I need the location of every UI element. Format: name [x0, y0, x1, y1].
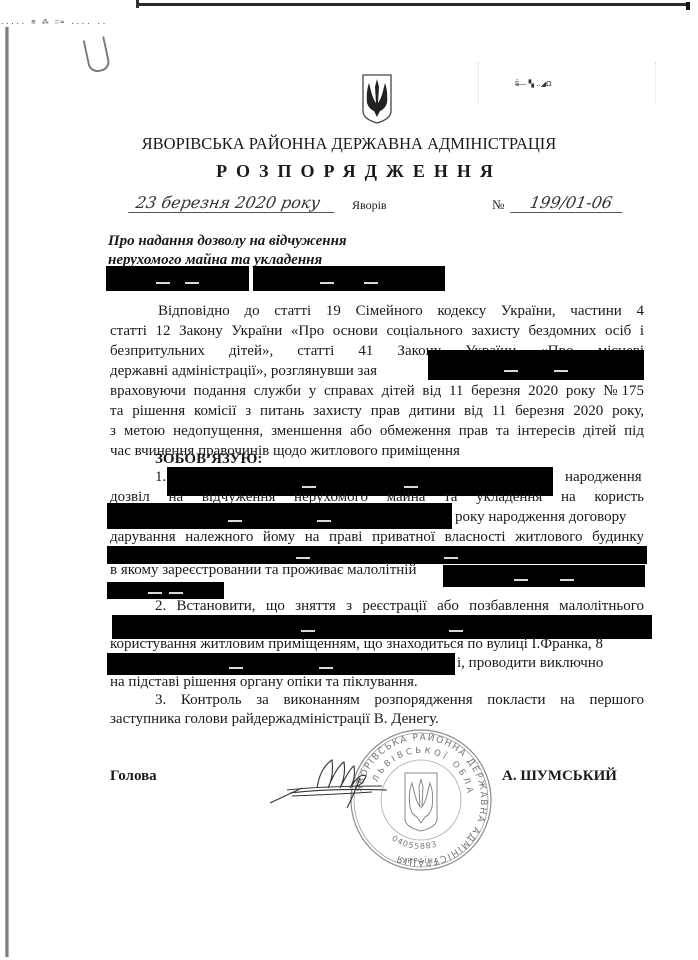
document-number: 199/01-06: [510, 193, 626, 213]
decree-heading: ЗОБОВ’ЯЗУЮ:: [155, 451, 262, 468]
item1-text: народження: [565, 469, 642, 486]
subject-line: Про надання дозволу на відчуження: [108, 232, 347, 251]
preamble-line: враховуючи подання служби у справах діте…: [110, 383, 644, 400]
organization-name: ЯВОРІВСЬКА РАЙОННА ДЕРЖАВНА АДМІНІСТРАЦІ…: [0, 134, 698, 154]
preamble-line: та рішення комісії з питань захисту прав…: [110, 403, 644, 420]
trident-emblem-icon: [361, 73, 393, 125]
svg-text:04055883: 04055883: [390, 834, 438, 851]
registration-stamp-text: Ŝ̶— ▚ ..◢Ω: [515, 80, 551, 88]
preamble-line: статті 12 Закону України «Про основи соц…: [110, 323, 644, 340]
scan-top-edge: [138, 3, 690, 6]
item1-text: в якому зареєстровании та проживає малол…: [110, 562, 416, 579]
item2-text: на підставі рішення органу опіки та пікл…: [110, 674, 418, 691]
item3-text: 3. Контроль за виконанням розпорядження …: [155, 692, 644, 709]
number-label: №: [492, 197, 504, 213]
document-subject: Про надання дозволу на відчуження нерухо…: [108, 232, 347, 270]
document-date: 23 березня 2020 року: [128, 193, 338, 213]
item1-text: року народження договору: [455, 509, 626, 526]
redaction-block: [107, 653, 455, 675]
preamble-line: Відповідно до статті 19 Сімейного кодекс…: [158, 303, 644, 320]
preamble-line: державні адміністрації», розглянувши зая: [110, 363, 377, 380]
item-number: 1.: [155, 469, 166, 486]
document-type: РОЗПОРЯДЖЕННЯ: [0, 161, 698, 182]
redaction-block: [443, 565, 645, 587]
item2-text: 2. Встановити, що зняття з реєстрації аб…: [155, 598, 644, 615]
preamble-line: з метою недопущення, зменшення або обмеж…: [110, 423, 644, 440]
signatory-title: Голова: [110, 768, 157, 785]
paper-clip-icon: [83, 36, 112, 74]
document-city: Яворів: [352, 198, 387, 213]
svg-text:УКРАЇНА: УКРАЇНА: [402, 856, 439, 865]
registration-stamp-box: [478, 62, 656, 104]
item1-text: дарування належного йому на праві приват…: [110, 529, 644, 546]
item2-text: користування житловим приміщенням, що зн…: [110, 636, 603, 653]
redaction-block: [253, 266, 445, 291]
redaction-block: [106, 266, 249, 291]
redaction-block: [107, 582, 224, 599]
redaction-block: [428, 350, 644, 380]
item2-text: і, проводити виключно: [457, 655, 603, 672]
scan-noise-text: ..... ≋ ⁂ ∷≈ .... ..: [0, 18, 107, 26]
scan-edge-mark: [686, 2, 690, 10]
redaction-block: [107, 503, 452, 529]
handwritten-signature: [262, 748, 412, 808]
signatory-name: А. ШУМСЬКИЙ: [502, 768, 617, 785]
item3-text: заступника голови райдержадміністрації В…: [110, 711, 439, 728]
